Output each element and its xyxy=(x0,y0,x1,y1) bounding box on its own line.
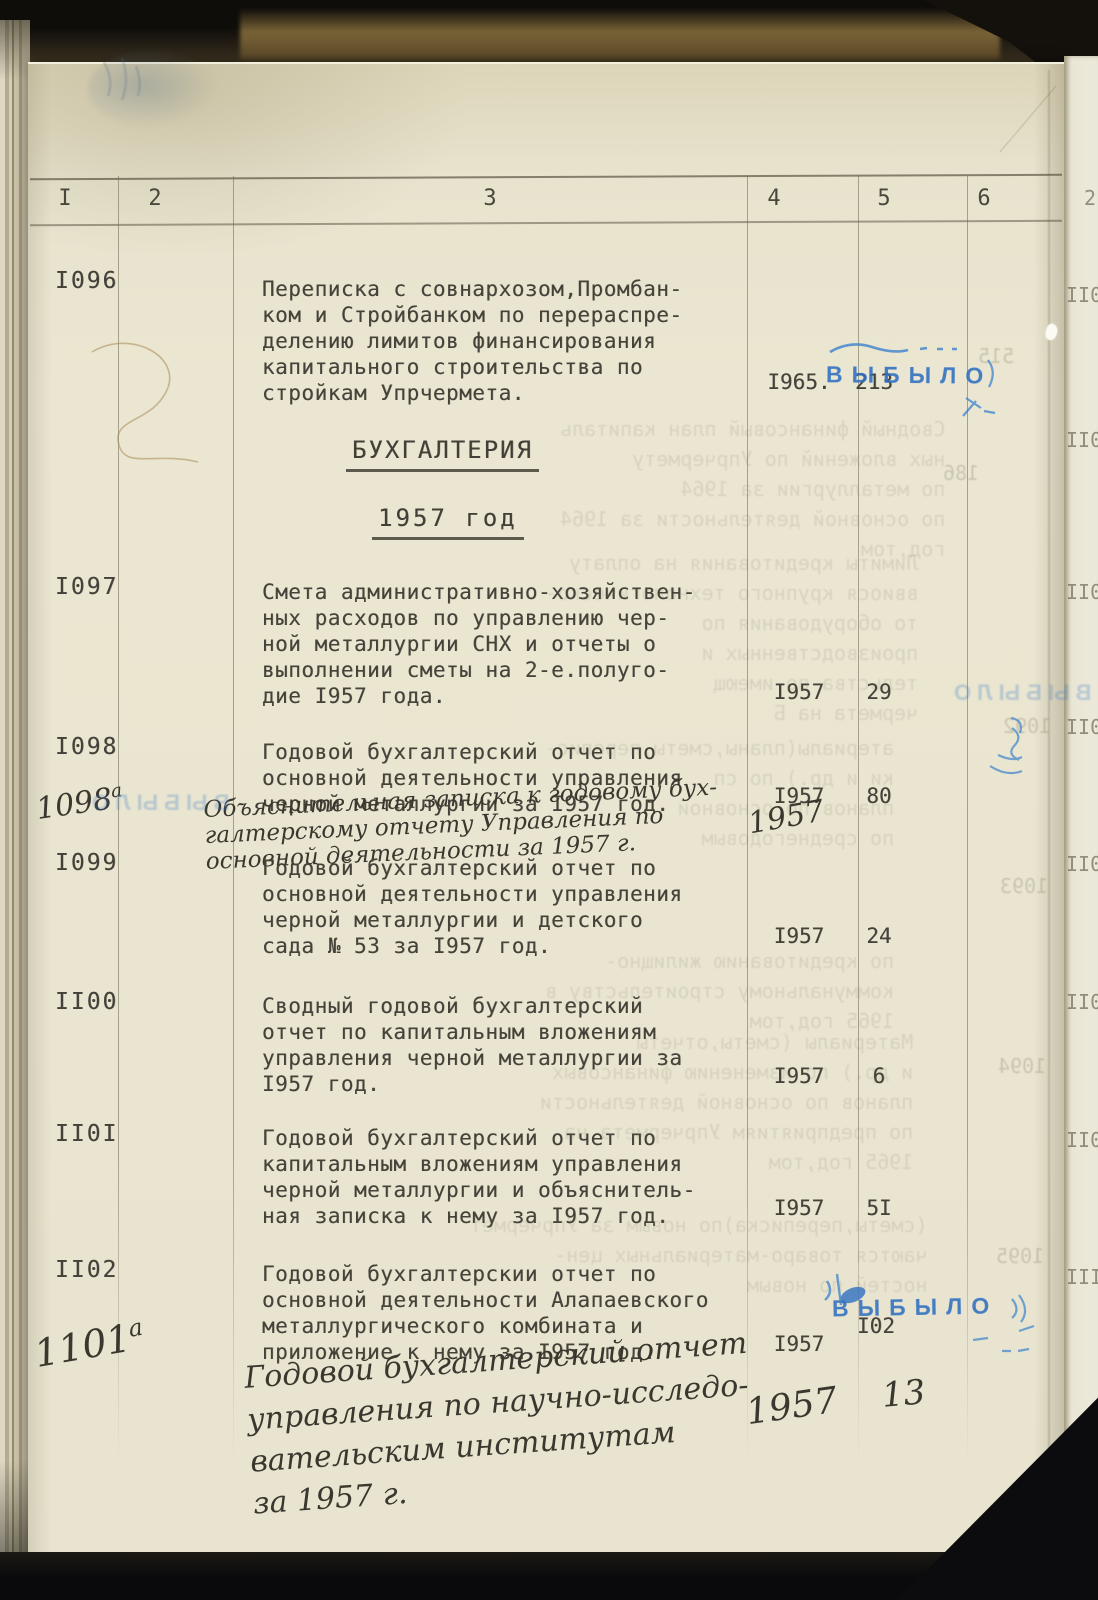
entry-number: II00 xyxy=(55,989,118,1015)
description-line: черной металлургии и детского xyxy=(262,907,683,933)
next-page-entry-number: II05 xyxy=(1066,580,1098,604)
entry-description: Годовой бухгалтерский отчет поосновной д… xyxy=(262,855,683,959)
next-page-entry-number: III0 xyxy=(1066,1265,1098,1289)
next-page-entry-number: II07 xyxy=(1066,852,1098,876)
bleedthrough-line: то оборудования по xyxy=(545,608,918,638)
binding-edge xyxy=(240,8,1000,60)
bleedthrough-line: (сметы,переписка)по новым за Упрчермет xyxy=(470,1212,928,1242)
next-page-entry-number: II06 xyxy=(1066,715,1098,739)
bleedthrough-line: по предприятиям Упрчермета на xyxy=(540,1118,913,1148)
vybylo-stamp: ВЫБЫЛО xyxy=(826,361,992,389)
bleedthrough-text: атериалы(планы,сметы,перепис-ки и др.) п… xyxy=(545,735,894,855)
bleedthrough-line: по металлургии за 1964 xyxy=(560,474,945,504)
bleedthrough-number: 1095 xyxy=(996,1244,1044,1268)
next-page-entry-number: II09 xyxy=(1066,1128,1098,1152)
bleedthrough-line: Лимиты кредитования на оплату xyxy=(545,548,918,578)
entry-number: I096 xyxy=(55,268,118,294)
bleedthrough-number: 515 xyxy=(978,344,1014,368)
description-line: основной деятельности управления xyxy=(262,881,683,907)
bleedthrough-line: чаются товаро-материальных цен- xyxy=(470,1242,928,1272)
entry-description-handwritten: Годовой бухгалтерский отчетуправления по… xyxy=(243,1323,757,1526)
page-count: 24 xyxy=(846,924,912,948)
bleedthrough-line: по кредитованию жилищно- xyxy=(545,948,894,978)
bleedthrough-line: планов по основной xyxy=(545,795,894,825)
description-line: Годовой бухгалтерский отчет по xyxy=(262,855,683,881)
column-header-5: 5 xyxy=(860,186,908,211)
page-crease xyxy=(1048,70,1050,1550)
year-value: I957 xyxy=(751,924,847,948)
bleedthrough-line: по среднегодовым xyxy=(545,825,894,855)
entry-number: I097 xyxy=(55,574,118,600)
entry-number: I098 xyxy=(55,734,118,760)
bleedthrough-line: 1965 год,том xyxy=(540,1148,913,1178)
bleedthrough-line: тельства по имеющ xyxy=(545,668,918,698)
next-page-header-digit: 2 xyxy=(1084,186,1096,210)
bleedthrough-line: Сводный финансовый план капиталь xyxy=(560,414,945,444)
bleedthrough-text: Сводный финансовый план капитальных влож… xyxy=(560,414,945,564)
bleedthrough-line: Материалы (сметы,отчеты xyxy=(540,1028,913,1058)
bleedthrough-number: 186 xyxy=(943,461,979,485)
next-page-entry-number: II04 xyxy=(1066,428,1098,452)
section-heading: БУХГАЛТЕРИЯ xyxy=(346,436,539,472)
bleedthrough-line: ных вложений по Упрчермету xyxy=(560,444,945,474)
description-line: черной металлургии и объяснитель- xyxy=(262,1177,696,1203)
bleedthrough-text: Лимиты кредитования на оплатуввиося круп… xyxy=(545,548,918,728)
bleedthrough-line: коммунальному строительству в xyxy=(545,978,894,1008)
column-header-4: 4 xyxy=(748,186,800,211)
bleedthrough-number: 1092 xyxy=(1003,714,1051,738)
bleedthrough-line: ностей по новым xyxy=(470,1272,928,1302)
entry-number: II02 xyxy=(55,1257,118,1283)
next-page-edge xyxy=(1064,56,1098,1548)
column-header-1: I xyxy=(40,186,90,211)
document-scan: I23456 БУХГАЛТЕРИЯ 1957 год I096Переписк… xyxy=(0,0,1098,1600)
bleedthrough-number: 1094 xyxy=(998,1054,1046,1078)
bleedthrough-stamp: ВЫБЫЛО xyxy=(86,790,229,816)
description-line: капитального строительства по xyxy=(262,354,683,380)
year-heading: 1957 год xyxy=(372,504,524,540)
page-count-handwritten: 13 xyxy=(880,1372,927,1416)
description-line: делению лимитов финансирования xyxy=(262,328,683,354)
column-header-3: 3 xyxy=(240,186,740,211)
bleedthrough-line: ки и др.) по сп xyxy=(545,765,894,795)
description-line: ком и Стройбанком по перераспре- xyxy=(262,302,683,328)
bleedthrough-number: 1093 xyxy=(1000,874,1048,898)
next-page-entry-number: II08 xyxy=(1066,990,1098,1014)
bleedthrough-line: планов по основной деятельности xyxy=(540,1088,913,1118)
column-header-2: 2 xyxy=(120,186,190,211)
description-line: Переписка с совнархозом,Промбан- xyxy=(262,276,683,302)
bleedthrough-line: атериалы(планы,сметы,перепис- xyxy=(545,735,894,765)
description-line: стройкам Упрчермета. xyxy=(262,380,683,406)
page-stack-shadow xyxy=(0,20,30,1580)
column-header-6: 6 xyxy=(958,186,1010,211)
bleedthrough-stamp: ВЫБЫЛО xyxy=(948,680,1091,706)
entry-description: Переписка с совнархозом,Промбан-ком и Ст… xyxy=(262,276,683,406)
bleedthrough-line: ввиося крупного технологическо- xyxy=(545,578,918,608)
entry-number: II0I xyxy=(55,1121,118,1147)
bleedthrough-line: по основной деятельности за 1964 xyxy=(560,504,945,534)
bleedthrough-text: (сметы,переписка)по новым за Упрчерметча… xyxy=(470,1212,928,1302)
entry-number: I099 xyxy=(55,850,118,876)
bleedthrough-line: чермета на Б xyxy=(545,698,918,728)
bleedthrough-text: Материалы (сметы,отчетыи др.) по изменен… xyxy=(540,1028,913,1178)
bleedthrough-text: по кредитованию жилищно-коммунальному ст… xyxy=(545,948,894,1038)
next-page-entry-number: II03 xyxy=(1066,283,1098,307)
pencil-smudge xyxy=(88,50,218,128)
year-value: I957 xyxy=(751,1332,847,1356)
bleedthrough-line: производственных и xyxy=(545,638,918,668)
bleedthrough-line: и др.) по изменению финансовых xyxy=(540,1058,913,1088)
